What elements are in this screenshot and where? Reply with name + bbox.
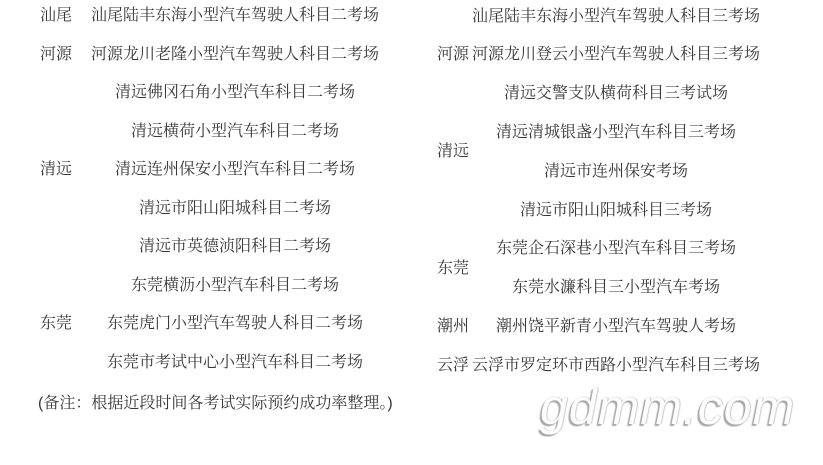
table-row: (备注：根据近段时间各考试实际预约成功率整理。) [38,382,393,426]
city-cell: 清远 [434,75,472,230]
table-row: 清远 清远交警支队横荷科目三考试场 [434,75,760,114]
city-cell: 东莞 [434,230,472,308]
city-cell: 汕尾 [38,0,77,36]
table-row: 东莞 东莞企石深巷小型汽车科目三考场 [434,230,760,269]
site-cell: 清远市连州保安考场 [472,152,760,191]
table-row: 东莞 东莞横沥小型汽车科目二考场 [38,267,393,306]
city-cell: 潮州 [434,307,472,346]
site-cell: 清远市阳山阳城科目二考场 [77,190,392,229]
site-cell: 清远交警支队横荷科目三考试场 [472,75,760,114]
site-cell: 清远市英德浈阳科目二考场 [77,228,392,267]
city-cell: 河源 [38,36,77,75]
table-row: 清远横荷小型汽车科目二考场 [38,113,393,152]
table-row: 东莞虎门小型汽车驾驶人科目二考场 [38,305,393,344]
site-cell: 清远连州保安小型汽车科目二考场 [77,151,392,190]
city-cell: 东莞 [38,267,77,383]
site-cell: 潮州饶平新青小型汽车驾驶人考场 [472,307,760,346]
city-cell [434,0,472,36]
site-cell: 东莞虎门小型汽车驾驶人科目二考场 [77,305,392,344]
table-row: 河源 河源龙川老隆小型汽车驾驶人科目二考场 [38,36,393,75]
site-watermark: gdmm.com [540,378,795,436]
subject3-exam-sites-table: 汕尾陆丰东海小型汽车驾驶人科目三考场 河源 河源龙川登云小型汽车驾驶人科目三考场… [434,0,760,385]
table-row: 清远 清远佛冈石角小型汽车科目二考场 [38,74,393,113]
table-row: 清远连州保安小型汽车科目二考场 [38,151,393,190]
site-cell: 汕尾陆丰东海小型汽车驾驶人科目二考场 [77,0,392,36]
site-cell: 河源龙川登云小型汽车驾驶人科目三考场 [472,36,760,75]
site-cell: 东莞市考试中心小型汽车科目二考场 [77,344,392,383]
table-row: 清远市英德浈阳科目二考场 [38,228,393,267]
site-cell: 汕尾陆丰东海小型汽车驾驶人科目三考场 [472,0,760,36]
site-cell: 清远清城银盏小型汽车科目三考场 [472,113,760,152]
site-cell: 清远市阳山阳城科目三考场 [472,191,760,230]
city-cell: 河源 [434,36,472,75]
table-row: 清远市阳山阳城科目三考场 [434,191,760,230]
site-cell: 清远佛冈石角小型汽车科目二考场 [77,74,392,113]
table-row: 清远市连州保安考场 [434,152,760,191]
site-cell: 东莞水濂科目三小型汽车考场 [472,269,760,308]
site-cell: 东莞横沥小型汽车科目二考场 [77,267,392,306]
table-row: 汕尾陆丰东海小型汽车驾驶人科目三考场 [434,0,760,36]
table-row: 河源 河源龙川登云小型汽车驾驶人科目三考场 [434,36,760,75]
table-row: 清远市阳山阳城科目二考场 [38,190,393,229]
note-text: (备注：根据近段时间各考试实际预约成功率整理。) [38,382,393,426]
site-cell: 清远横荷小型汽车科目二考场 [77,113,392,152]
table-row: 汕尾 汕尾陆丰东海小型汽车驾驶人科目二考场 [38,0,393,36]
table-row: 潮州 潮州饶平新青小型汽车驾驶人考场 [434,307,760,346]
table-row: 清远清城银盏小型汽车科目三考场 [434,113,760,152]
site-cell: 河源龙川老隆小型汽车驾驶人科目二考场 [77,36,392,75]
city-cell: 云浮 [434,346,472,385]
table-row: 东莞水濂科目三小型汽车考场 [434,269,760,308]
site-cell: 东莞企石深巷小型汽车科目三考场 [472,230,760,269]
subject2-exam-sites-table: 汕尾 汕尾陆丰东海小型汽车驾驶人科目二考场 河源 河源龙川老隆小型汽车驾驶人科目… [38,0,393,426]
table-row: 东莞市考试中心小型汽车科目二考场 [38,344,393,383]
city-cell: 清远 [38,74,77,267]
